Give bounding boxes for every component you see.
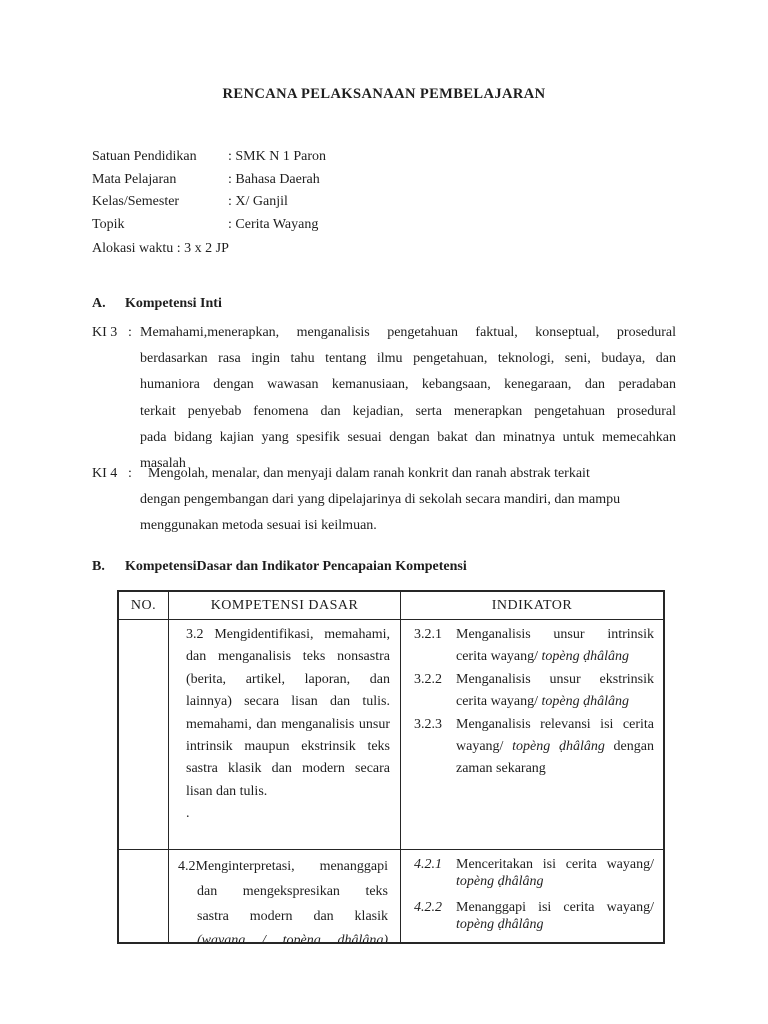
indicator-line: Menceritakan isi cerita wayang/ [456,856,654,873]
cell-kompetensi-dasar-row1: 3.2 Mengidentifikasi, memahami, dan meng… [169,620,401,850]
indicator-text: Menganalisis relevansi isi cerita wayang… [456,714,654,781]
section-a-title: Kompetensi Inti [125,296,222,311]
ki3-text: Memahami,menerapkan, menganalisis penget… [140,320,676,477]
indicator-line: Menganalisis relevansi isi cerita [456,714,654,736]
indicator-text: Menganalisis unsur ekstrinsik cerita way… [456,669,654,714]
indicator-line: zaman sekarang [456,758,654,780]
ki4-block: KI 4 : Mengolah, menalar, dan menyaji da… [92,461,676,540]
cell-no-row1 [119,620,169,850]
section-b-heading: B.KompetensiDasar dan Indikator Pencapai… [92,559,467,575]
alokasi-waktu: Alokasi waktu : 3 x 2 JP [92,239,229,259]
field-label: Mata Pelajaran [92,169,228,192]
indicator-line: cerita wayang/ topèng ḍhâlâng [456,691,654,713]
indicator-text: Menanggapi isi cerita wayang/ topèng ḍhâ… [456,899,654,934]
ki3-line: terkait penyebab fenomena dan kejadian, … [140,399,676,425]
kd-line: 3.2 Mengidentifikasi, memahami, [186,624,390,646]
indicator-number: 3.2.3 [414,714,456,781]
field-value: : Cerita Wayang [228,217,318,232]
kd-line: dan mengekspresikan teks [178,880,388,905]
indicator-item: 4.2.1 Menceritakan isi cerita wayang/ to… [414,856,654,891]
ki3-colon: : [128,320,140,477]
ki4-label: KI 4 [92,461,128,540]
ki4-line: dengan pengembangan dari yang dipelajari… [140,487,676,513]
indicator-line: topèng ḍhâlâng [456,873,654,890]
field-row-kelas-semester: Kelas/Semester: X/ Ganjil [92,191,512,214]
field-label: Satuan Pendidikan [92,146,228,169]
ki3-line: berdasarkan rasa ingin tahu tentang ilmu… [140,346,676,372]
kd-line: intrinsik maupun ekstrinsik teks [186,736,390,758]
kd-line: lainnya) secara lisan dan tulis. [186,691,390,713]
kd-line: 4.2Menginterpretasi, menanggapi [178,855,388,880]
ki3-block: KI 3 : Memahami,menerapkan, menganalisis… [92,320,676,477]
indicator-line: Menanggapi isi cerita wayang/ [456,899,654,916]
kd-line: . [186,803,390,825]
kd-line: dan menganalisis teks nonsastra [186,646,390,668]
kd-line: sastra klasik dan modern secara [186,758,390,780]
field-value: : Bahasa Daerah [228,172,320,187]
indicator-line: Menganalisis unsur intrinsik [456,624,654,646]
section-a-number: A. [92,296,125,312]
indicator-text: Menganalisis unsur intrinsik cerita waya… [456,624,654,669]
ki4-line: Mengolah, menalar, dan menyaji dalam ran… [140,461,676,487]
section-a-heading: A.Kompetensi Inti [92,296,222,312]
indicator-line: Menganalisis unsur ekstrinsik [456,669,654,691]
indicator-number: 4.2.1 [414,856,456,891]
indicator-item: 3.2.1 Menganalisis unsur intrinsik cerit… [414,624,654,669]
ki4-text: Mengolah, menalar, dan menyaji dalam ran… [140,461,676,540]
indicator-number: 3.2.1 [414,624,456,669]
indicator-item: 4.2.2 Menanggapi isi cerita wayang/ topè… [414,899,654,934]
table-header-no: NO. [119,592,169,620]
cell-no-row2 [119,850,169,942]
field-label: Kelas/Semester [92,191,228,214]
indicator-number: 4.2.2 [414,899,456,934]
indicator-line: wayang/ topèng ḍhâlâng dengan [456,736,654,758]
indicator-item: 3.2.3 Menganalisis relevansi isi cerita … [414,714,654,781]
field-row-topik: Topik: Cerita Wayang [92,214,512,237]
kd-line: lisan dan tulis. [186,781,390,803]
document-page: RENCANA PELAKSANAAN PEMBELAJARAN Satuan … [0,0,768,1024]
section-b-number: B. [92,559,125,575]
ki3-label: KI 3 [92,320,128,477]
field-row-mata-pelajaran: Mata Pelajaran: Bahasa Daerah [92,169,512,192]
indicator-line: cerita wayang/ topèng ḍhâlâng [456,646,654,668]
field-value: : SMK N 1 Paron [228,149,326,164]
cell-indikator-row1: 3.2.1 Menganalisis unsur intrinsik cerit… [401,620,663,850]
ki4-line: menggunakan metoda sesuai isi keilmuan. [140,513,676,539]
header-fields: Satuan Pendidikan: SMK N 1 Paron Mata Pe… [92,146,512,236]
cell-indikator-row2: 4.2.1 Menceritakan isi cerita wayang/ to… [401,850,663,942]
indicator-text: Menceritakan isi cerita wayang/ topèng ḍ… [456,856,654,891]
kd-line: (wayang / topèng ḍhâlâng) [178,929,388,942]
field-row-satuan-pendidikan: Satuan Pendidikan: SMK N 1 Paron [92,146,512,169]
ki4-colon: : [128,461,140,540]
field-value: : X/ Ganjil [228,194,288,209]
field-label: Topik [92,214,228,237]
kd-indikator-table: NO. KOMPETENSI DASAR INDIKATOR 3.2 Mengi… [117,590,665,944]
kd-line: sastra modern dan klasik [178,905,388,930]
ki3-line: humaniora dengan wawasan kemanusiaan, ke… [140,372,676,398]
ki3-line: Memahami,menerapkan, menganalisis penget… [140,320,676,346]
table-header-kompetensi-dasar: KOMPETENSI DASAR [169,592,401,620]
kd-line: memahami, dan menganalisis unsur [186,714,390,736]
table-header-indikator: INDIKATOR [401,592,663,620]
indicator-number: 3.2.2 [414,669,456,714]
cell-kompetensi-dasar-row2: 4.2Menginterpretasi, menanggapi dan meng… [169,850,401,942]
kd-line: (berita, artikel, laporan, dan [186,669,390,691]
ki3-line: pada bidang kajian yang spesifik sesuai … [140,425,676,451]
document-title: RENCANA PELAKSANAAN PEMBELAJARAN [0,86,768,103]
section-b-title: KompetensiDasar dan Indikator Pencapaian… [125,559,467,574]
indicator-line: topèng ḍhâlâng [456,916,654,933]
indicator-item: 3.2.2 Menganalisis unsur ekstrinsik ceri… [414,669,654,714]
